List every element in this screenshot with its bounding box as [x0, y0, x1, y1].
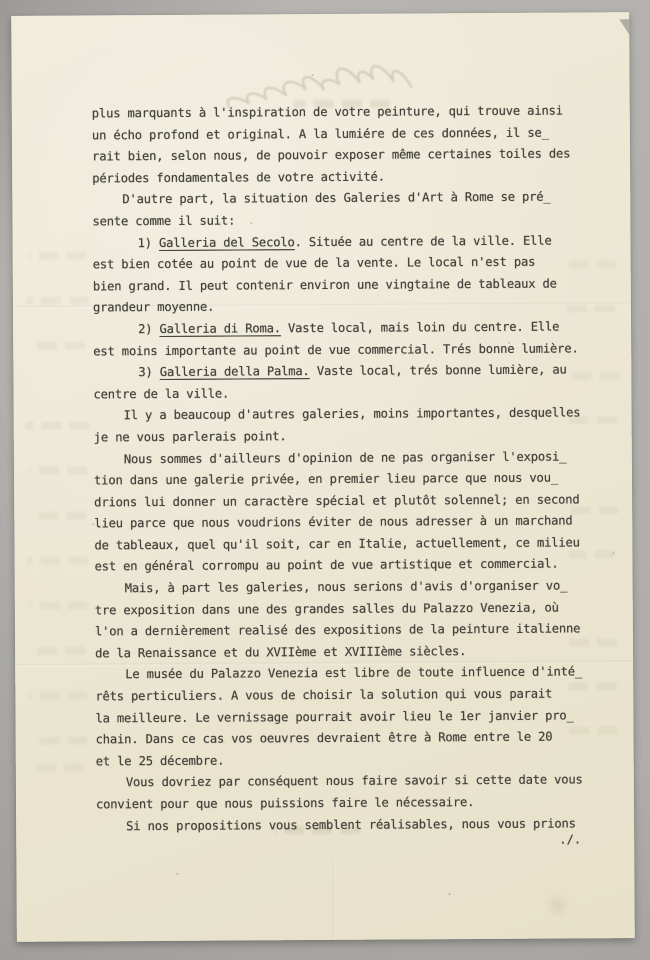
text-run: tre exposition dans une des grandes sall…	[95, 600, 559, 617]
text-run: 2)	[138, 322, 160, 336]
text-line: l'on a dernièrement realisé des expositi…	[95, 619, 583, 644]
text-run: est bien cotée au point de vue de la ven…	[93, 255, 536, 272]
text-line: 2) Galleria di Roma. Vaste local, mais l…	[93, 316, 581, 341]
text-line: Le musée du Palazzo Venezia est libre de…	[95, 662, 583, 687]
text-line: chain. Dans ce cas vos oeuvres devraient…	[96, 727, 584, 752]
text-run: 3)	[138, 365, 160, 379]
text-run: tion dans une galerie privée, en premier…	[94, 471, 558, 488]
bleed-through-text	[29, 251, 87, 259]
continuation-mark: ./.	[559, 832, 581, 846]
text-run: un écho profond et original. A la lumiér…	[92, 125, 549, 142]
text-line: D'autre part, la situation des Galeries …	[92, 187, 580, 212]
text-line: et le 25 décembre.	[96, 748, 584, 773]
text-run: Le musée du Palazzo Venezia est libre de…	[125, 665, 582, 682]
bleed-through-text	[32, 736, 88, 744]
text-run: Vaste local, trés bonne lumière, au	[310, 363, 567, 379]
letter-page: plus marquants à l'inspiration de votre …	[11, 12, 635, 942]
text-line: je ne vous parlerais point.	[94, 424, 582, 449]
text-line: bien grand. Il peut contenir environ une…	[93, 273, 581, 298]
text-run: de la Renaissance et du XVIIème et XVIII…	[95, 644, 466, 660]
text-line: lieu parce que nous voudrions éviter de …	[94, 511, 582, 536]
text-line: de la Renaissance et du XVIIème et XVIII…	[95, 640, 583, 665]
text-run: chain. Dans ce cas vos oeuvres devraient…	[96, 730, 553, 747]
text-line: périodes fondamentales de votre activité…	[92, 165, 580, 190]
text-line: la meilleure. Le vernissage pourrait avo…	[95, 705, 583, 730]
text-line: centre de la ville.	[93, 381, 581, 406]
text-line: un écho profond et original. A la lumiér…	[92, 122, 580, 147]
bleed-through-text	[29, 341, 85, 349]
text-line: tion dans une galerie privée, en premier…	[94, 468, 582, 493]
text-line: tre exposition dans une des grandes sall…	[95, 597, 583, 622]
text-line: de tableaux, quel qu'il soit, car en Ita…	[94, 532, 582, 557]
text-line: Il y a beaucoup d'autres galeries, moins…	[94, 403, 582, 428]
text-run: Vaste local, mais loin du centre. Elle	[281, 319, 559, 335]
bleed-through-text	[30, 511, 86, 519]
text-run: Nous sommes d'ailleurs d'opinion de ne p…	[124, 449, 567, 466]
paper-speck	[449, 893, 451, 895]
text-run: drions lui donner un caractère spécial e…	[94, 492, 579, 509]
text-line: est bien cotée au point de vue de la ven…	[93, 252, 581, 277]
text-run: bien grand. Il peut contenir environ une…	[93, 276, 557, 293]
paper-speck	[176, 873, 178, 875]
bleed-through-text	[29, 691, 87, 699]
bleed-through-text	[27, 296, 89, 304]
text-run: sente comme il suit:	[92, 214, 235, 229]
text-line: Mais, à part les galeries, nous serions …	[95, 575, 583, 600]
text-run: l'on a dernièrement realisé des expositi…	[95, 622, 580, 639]
text-run: Mais, à part les galeries, nous serions …	[125, 579, 568, 596]
text-run: est moins importante au point de vue com…	[93, 341, 578, 358]
text-line: sente comme il suit:	[92, 208, 580, 233]
text-line: 1) Galleria del Secolo. Située au centre…	[93, 230, 581, 255]
text-run: Vous dovriez par conséquent nous faire s…	[126, 773, 583, 790]
paper-speck	[312, 74, 314, 76]
text-line: convient pour que nous puissions faire l…	[96, 791, 584, 816]
gallery-name-underlined: Galleria della Palma.	[160, 364, 310, 379]
text-line: Nous sommes d'ailleurs d'opinion de ne p…	[94, 446, 582, 471]
bleed-through-text	[30, 601, 88, 609]
text-run: rait bien, selon nous, de pouvoir expose…	[92, 147, 570, 164]
text-run: D'autre part, la situation des Galeries …	[122, 190, 550, 207]
text-run: est en général corrompu au point de vue …	[95, 557, 559, 574]
text-run: la meilleure. Le vernissage pourrait avo…	[95, 708, 573, 725]
text-run: rêts perticuliers. A vous de choisir la …	[95, 687, 552, 704]
folded-corner	[619, 19, 630, 36]
text-line: est en général corrompu au point de vue …	[94, 554, 582, 579]
text-run: Si nos propositions vous semblent réalis…	[126, 816, 576, 833]
photo-background: plus marquants à l'inspiration de votre …	[0, 0, 650, 960]
text-line: grandeur moyenne.	[93, 295, 581, 320]
text-line: plus marquants à l'inspiration de votre …	[92, 100, 580, 125]
text-run: de tableaux, quel qu'il soit, car en Ita…	[94, 535, 579, 552]
text-run: lieu parce que nous voudrions éviter de …	[94, 514, 572, 531]
gallery-name-underlined: Galleria di Roma.	[159, 321, 280, 336]
bleed-through-text	[31, 646, 85, 654]
text-run: Il y a beaucoup d'autres galeries, moins…	[124, 406, 581, 423]
text-line: drions lui donner un caractère spécial e…	[94, 489, 582, 514]
text-line: Si nos propositions vous semblent réalis…	[96, 813, 584, 838]
bleed-through-text	[29, 466, 87, 474]
text-line: rêts perticuliers. A vous de choisir la …	[95, 683, 583, 708]
paper-stain	[545, 892, 571, 918]
text-run: convient pour que nous puissions faire l…	[96, 795, 474, 811]
text-run: je ne vous parlerais point.	[94, 429, 287, 444]
gallery-name-underlined: Galleria del Secolo	[159, 235, 295, 250]
fold-crease-vertical	[332, 860, 335, 940]
paper-speck	[612, 552, 614, 554]
text-line: Vous dovriez par conséquent nous faire s…	[96, 770, 584, 795]
text-run: périodes fondamentales de votre activité…	[92, 169, 385, 185]
bleed-through-text	[26, 556, 88, 564]
text-run: plus marquants à l'inspiration de votre …	[92, 104, 563, 121]
bleed-through-text	[26, 421, 90, 429]
text-run: 1)	[138, 236, 160, 250]
text-run: centre de la ville.	[93, 386, 229, 401]
text-line: est moins importante au point de vue com…	[93, 338, 581, 363]
text-run: . Située au centre de la ville. Elle	[295, 233, 552, 249]
text-run: et le 25 décembre.	[96, 753, 225, 768]
letter-body: plus marquants à l'inspiration de votre …	[92, 100, 584, 837]
bleed-through-text	[30, 763, 84, 771]
text-line: 3) Galleria della Palma. Vaste local, tr…	[93, 360, 581, 385]
text-line: rait bien, selon nous, de pouvoir expose…	[92, 144, 580, 169]
text-run: grandeur moyenne.	[93, 300, 214, 315]
